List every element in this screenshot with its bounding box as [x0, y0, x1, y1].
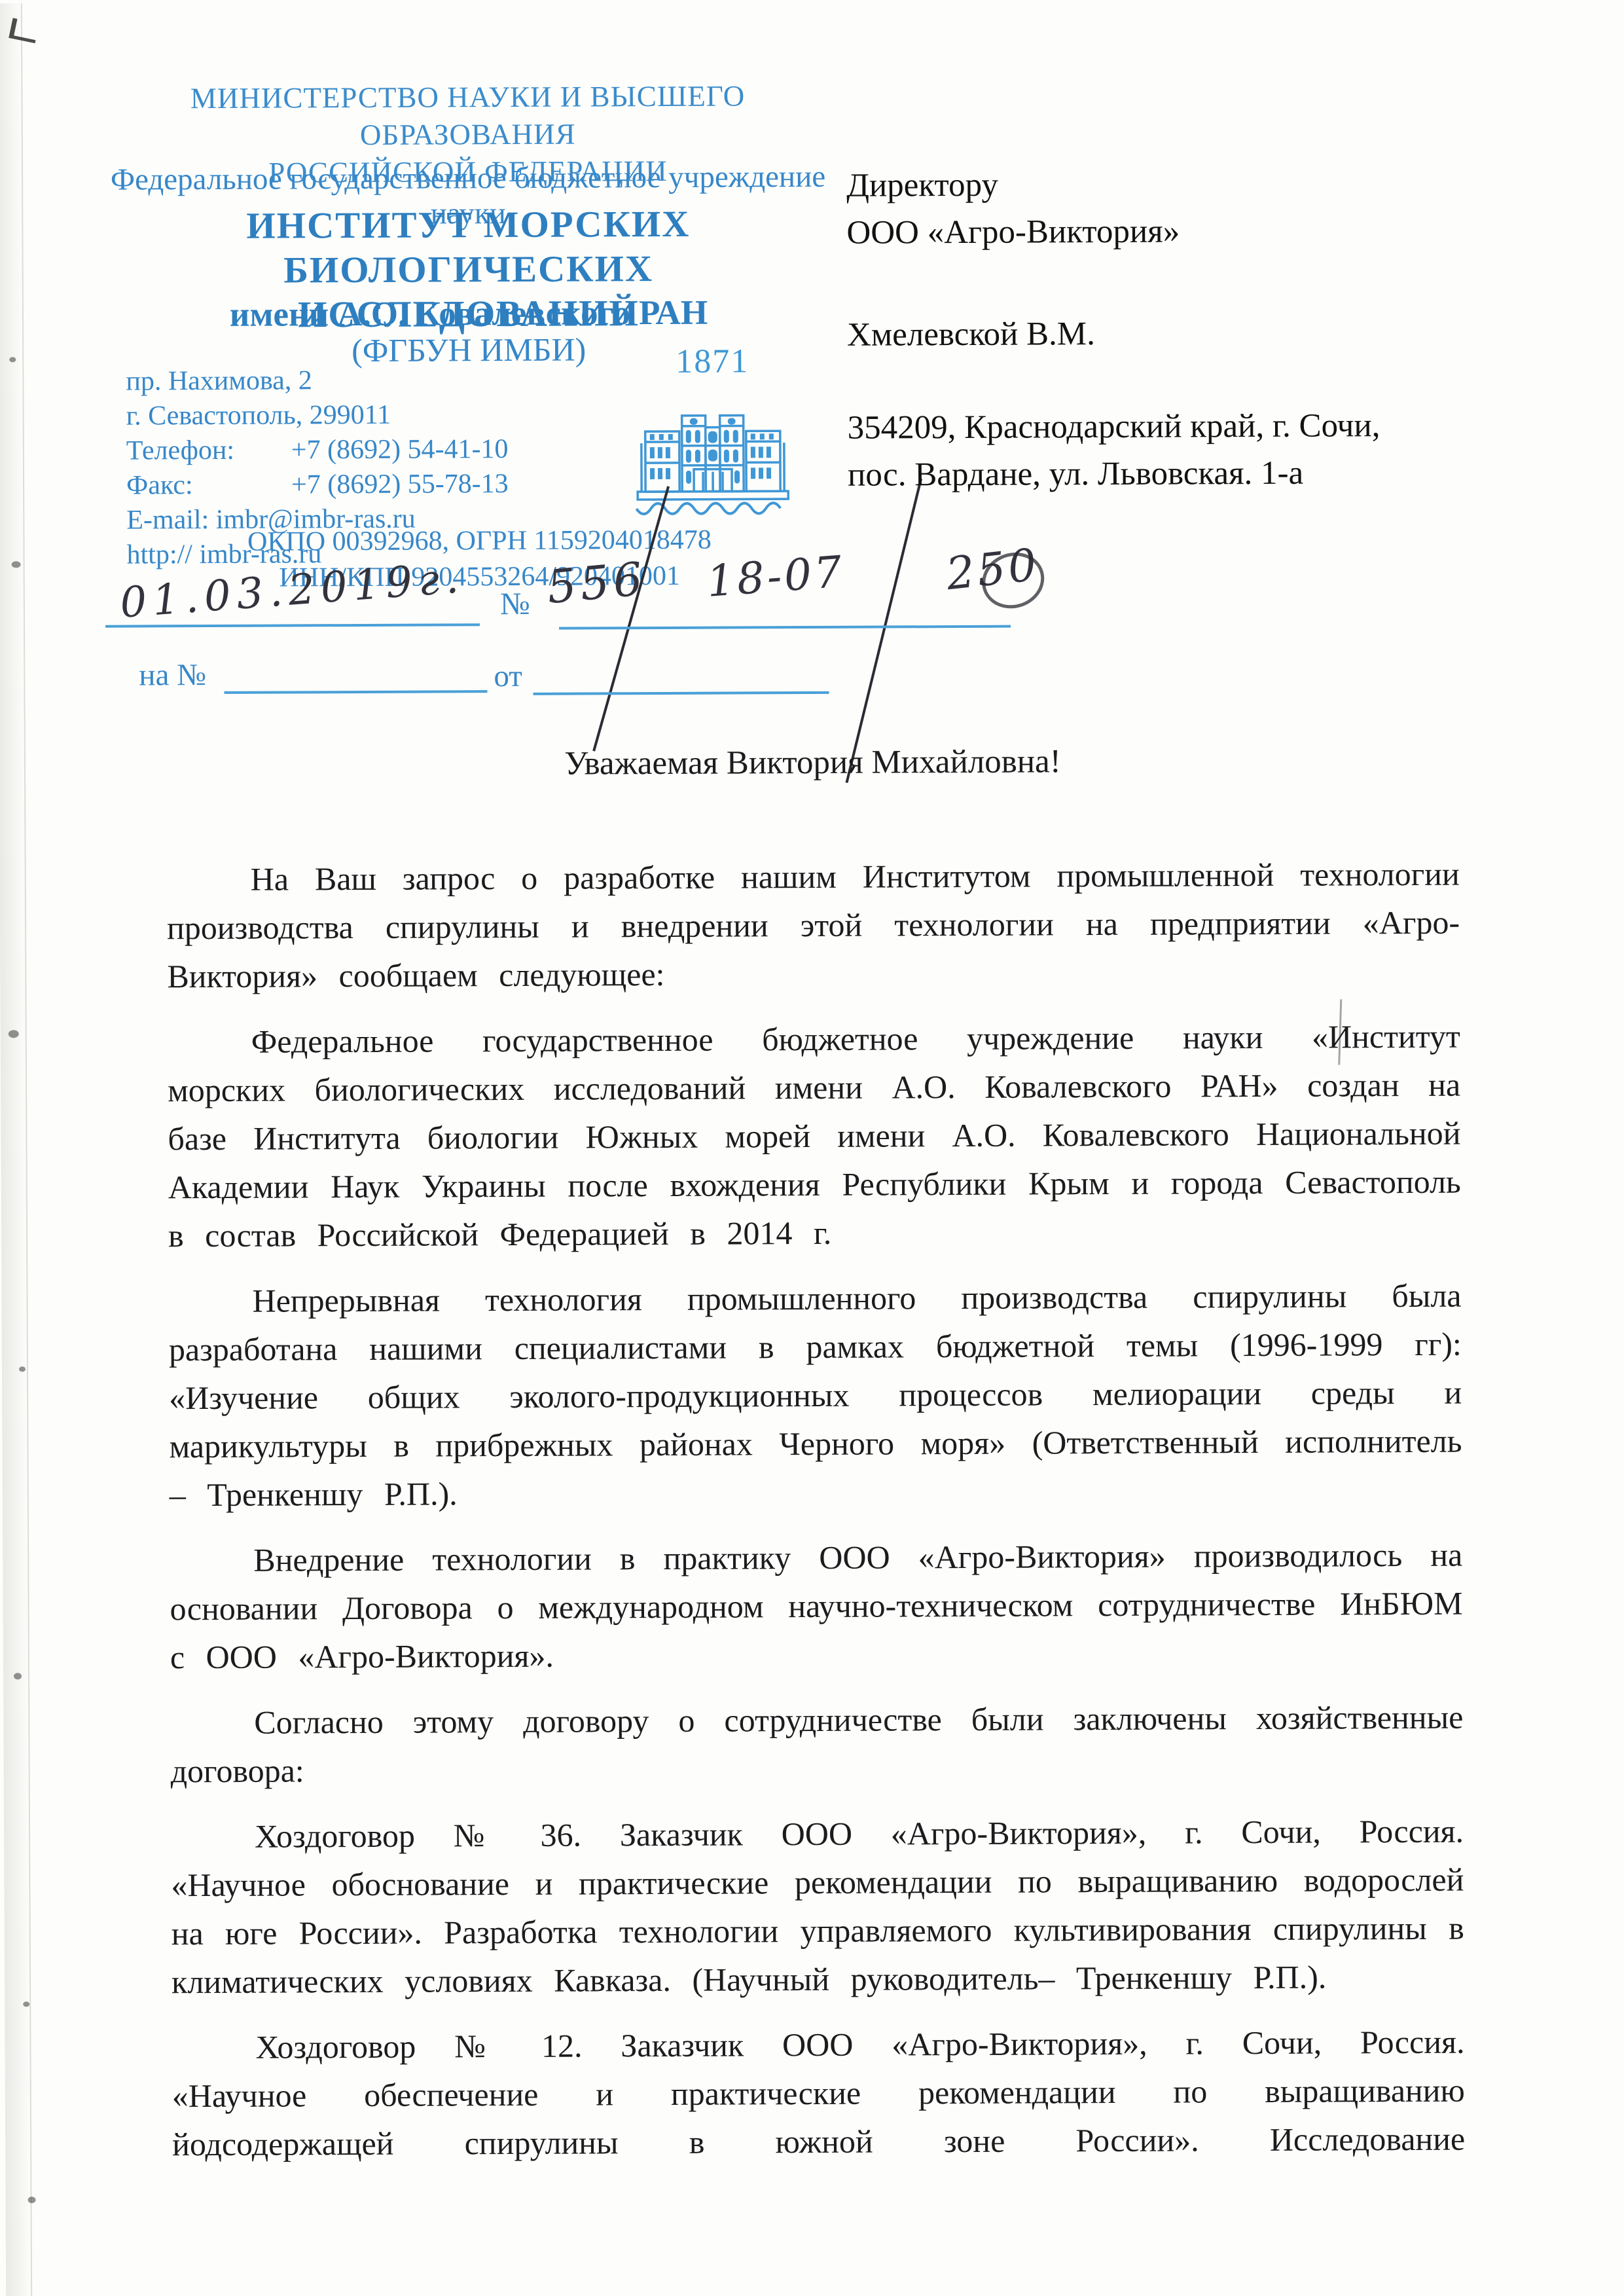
institute-logo: 1871 — [626, 343, 799, 522]
institute-named-after: имени А.О. Ковалевского РАН — [96, 293, 842, 335]
handwritten-slash — [846, 479, 922, 783]
phone-label: Телефон: — [126, 433, 291, 468]
scan-speck — [19, 1366, 26, 1372]
scan-speck — [14, 1673, 22, 1679]
salutation: Уважаемая Виктория Михайловна! — [166, 741, 1459, 785]
institute-name-line1: ИНСТИТУТ МОРСКИХ БИОЛОГИЧЕСКИХ — [95, 202, 842, 294]
fax-label: Факс: — [126, 467, 291, 503]
reply-number-underline — [224, 690, 487, 694]
reply-from-label: от — [494, 659, 522, 694]
recipient-address-line1: 354209, Краснодарский край, г. Сочи, — [848, 401, 1542, 452]
paragraph-1: На Ваш запрос о разработке нашим Институ… — [167, 850, 1460, 1001]
scan-speck — [28, 2196, 36, 2203]
fax-line: Факс:+7 (8692) 55-78-13 — [126, 467, 509, 503]
phone-value: +7 (8692) 54-41-10 — [291, 434, 509, 465]
recipient-block: Директору ООО «Агро-Виктория» Хмелевской… — [846, 159, 1542, 499]
scan-speck — [9, 1030, 19, 1038]
founded-year: 1871 — [626, 343, 799, 380]
scanned-letter-page: МИНИСТЕРСТВО НАУКИ И ВЫСШЕГО ОБРАЗОВАНИЯ… — [0, 0, 1624, 2296]
fax-value: +7 (8692) 55-78-13 — [291, 469, 509, 500]
handwritten-number-part2: 18-07 — [705, 547, 846, 607]
number-underline — [559, 625, 1011, 630]
letter-content: МИНИСТЕРСТВО НАУКИ И ВЫСШЕГО ОБРАЗОВАНИЯ… — [0, 0, 1624, 2296]
paragraph-7: Хоздоговор № 12. Заказчик ООО «Агро-Викт… — [171, 2018, 1465, 2169]
number-sign: № — [500, 586, 530, 622]
recipient-company: ООО «Агро-Виктория» — [846, 206, 1540, 257]
scan-edge-shadow — [0, 3, 32, 2296]
paragraph-4: Внедрение технологии в практику ООО «Агр… — [170, 1531, 1463, 1682]
scan-speck — [12, 561, 21, 568]
phone-line: Телефон:+7 (8692) 54-41-10 — [126, 432, 509, 469]
paragraph-3: Непрерывная технология промышленного про… — [168, 1271, 1462, 1520]
paragraph-2: Федеральное государственное бюджетное уч… — [168, 1012, 1462, 1260]
reply-to-number-label: на № — [139, 657, 206, 693]
recipient-person: Хмелевской В.М. — [847, 308, 1541, 359]
letter-body: На Ваш запрос о разработке нашим Институ… — [167, 850, 1466, 2186]
recipient-address-line2: пос. Вардане, ул. Львовская. 1-а — [848, 448, 1542, 499]
address-line2: г. Севастополь, 299011 — [126, 397, 509, 434]
institute-building-icon — [630, 382, 795, 522]
reply-date-underline — [533, 691, 829, 695]
ministry-line1: МИНИСТЕРСТВО НАУКИ И ВЫСШЕГО ОБРАЗОВАНИЯ — [94, 77, 840, 155]
address-line1: пр. Нахимова, 2 — [126, 363, 508, 399]
scan-speck — [9, 357, 16, 362]
recipient-title: Директору — [846, 159, 1540, 210]
paragraph-5: Согласно этому договору о сотрудничестве… — [170, 1693, 1464, 1796]
scan-speck — [23, 2001, 29, 2007]
paragraph-6: Хоздоговор № 36. Заказчик ООО «Агро-Викт… — [171, 1807, 1464, 2007]
